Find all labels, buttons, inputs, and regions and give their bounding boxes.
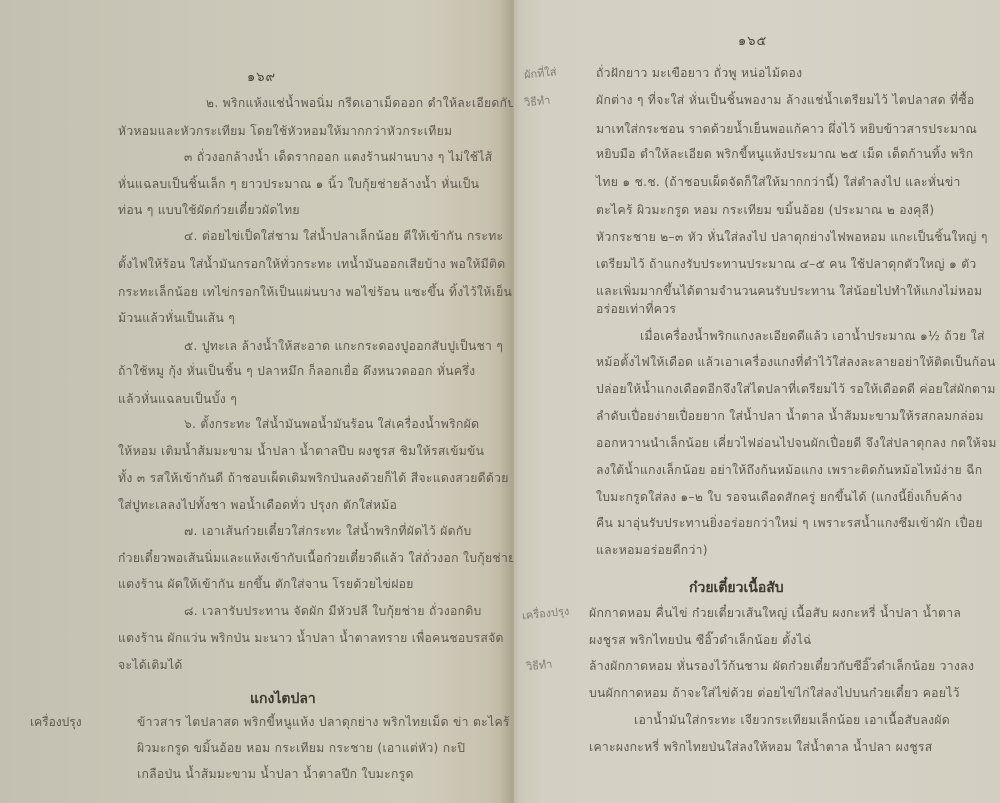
text-line: อร่อยเท่าที่ควร [596, 300, 676, 319]
text-line: และเพิ่มมากขึ้นได้ตามจำนวนคนรับประทาน ใส… [596, 282, 982, 301]
text-line: ๓ ถั่วงอกล้างน้ำ เด็ดรากออก แตงร้านฝานบา… [184, 148, 492, 167]
text-line: จะได้เติมได้ [118, 656, 183, 675]
text-line: บนผักกาดหอม ถ้าจะใส่ไข่ด้วย ต่อยไข่ไก่ใส… [589, 684, 960, 703]
text-line: ผักกาดหอม คื่นไข่ ก๋วยเตี๋ยวเส้นใหญ่ เนื… [589, 604, 961, 623]
text-line: คืน มาอุ่นรับประทานยิ่งอร่อยกว่าใหม่ ๆ เ… [596, 514, 983, 533]
text-line: แตงร้าน ผัดให้เข้ากัน ยกขึ้น ตักใส่จาน โ… [118, 575, 414, 594]
section-title: แกงไตปลา [250, 688, 316, 710]
text-line: ตั้งไฟให้ร้อน ใส่น้ำมันกรอกให้ทั่วกระทะ … [118, 255, 505, 274]
text-line: ๘. เวลารับประทาน จัดผัก มีหัวปลี ใบกุ้ยช… [184, 602, 482, 621]
book-spread: ๑๖๙ ๒. พริกแห้งแช่น้ำพอนิ่ม กรีดเอาเม็ดอ… [0, 0, 1000, 803]
text-line: ทั้ง ๓ รสให้เข้ากันดี ถ้าชอบเผ็ดเติมพริก… [118, 469, 509, 488]
text-line: ลงใต้น้ำแกงเล็กน้อย อย่าให้ถึงก้นหม้อแกง… [596, 461, 982, 480]
margin-label: ผักที่ใส่ [523, 62, 557, 83]
text-line: ท่อน ๆ แบบใช้ผัดก๋วยเตี๋ยวผัดไทย [118, 201, 300, 220]
margin-label: วิธีทำ [525, 655, 553, 676]
text-line: ๕. ปูทะเล ล้างน้ำให้สะอาด แกะกระดองปูออก… [184, 337, 503, 356]
text-line: ใบมะกรูดใส่ลง ๑–๒ ใบ รอจนเดือดสักครู่ ยก… [596, 488, 962, 507]
text-line: เอาน้ำมันใส่กระทะ เจียวกระเทียมเล็กน้อย … [634, 711, 950, 730]
text-line: ลำดับเปื่อยง่ายเปื่อยยาก ใส่น้ำปลา น้ำตา… [596, 407, 984, 426]
text-line: เตรียมไว้ ถ้าแกงรับประทานประมาณ ๔–๕ คน ใ… [596, 255, 977, 274]
text-line: เมื่อเครื่องน้ำพริกแกงละเอียดดีแล้ว เอาน… [640, 327, 985, 346]
right-page: ๑๖๕ ผักที่ใส่ วิธีทำ ถั่วฝักยาว มะเขือยา… [513, 0, 1000, 803]
text-line: ผงชูรส พริกไทยป่น ซีอิ๊วดำเล็กน้อย ตั้งไ… [589, 631, 812, 650]
text-line: ใส่ปูทะเลลงไปทั้งชา พอน้ำเดือดทั่ว ปรุงก… [118, 496, 397, 515]
text-line: ไทย ๑ ช.ช. (ถ้าชอบเผ็ดจัดก็ใส่ให้มากกว่า… [596, 173, 961, 192]
text-line: กระทะเล็กน้อย เทไข่กรอกให้เป็นแผ่นบาง พอ… [118, 283, 512, 302]
page-number: ๑๖๕ [738, 30, 767, 51]
text-line: แล้วหั่นแฉลบเป็นบั้ง ๆ [118, 390, 237, 409]
left-page: ๑๖๙ ๒. พริกแห้งแช่น้ำพอนิ่ม กรีดเอาเม็ดอ… [0, 0, 513, 803]
margin-label: เครื่องปรุง [521, 602, 570, 625]
text-line: ๔. ต่อยไข่เป็ดใส่ชาม ใส่น้ำปลาเล็กน้อย ต… [184, 227, 503, 246]
text-line: ก๋วยเตี๋ยวพอเส้นนิ่มและแห้งเข้ากับเนื้อก… [118, 549, 516, 568]
text-line: ผักต่าง ๆ ที่จะใส่ หั่นเป็นชิ้นพองาม ล้า… [596, 91, 975, 110]
text-line: หัวหอมและหัวกระเทียม โดยใช้หัวหอมให้มากก… [118, 122, 452, 141]
ingredients-label: เครื่องปรุง [30, 713, 82, 732]
text-line: มาเทใส่กระชอน ราดด้วยน้ำเย็นพอแก้คาว ผึ่… [596, 120, 977, 139]
text-line: หั่นแฉลบเป็นชิ้นเล็ก ๆ ยาวประมาณ ๑ นิ้ว … [118, 175, 479, 194]
ingredients-line: ข้าวสาร ไตปลาสด พริกขี้หนูแห้ง ปลาดุกย่า… [137, 713, 510, 732]
text-line: ถั่วฝักยาว มะเขือยาว ถั่วพู หน่อไม้ดอง [596, 64, 802, 83]
text-line: ถ้าใช้หมู กุ้ง หั่นเป็นชิ้น ๆ ปลาหมึก ก็… [118, 362, 475, 381]
text-line: ๖. ตั้งกระทะ ใส่น้ำมันพอน้ำมันร้อน ใส่เค… [184, 415, 479, 434]
section-title: ก๋วยเตี๋ยวเนื้อสับ [689, 577, 784, 599]
ingredients-line: ผิวมะกรูด ขมิ้นอ้อย หอม กระเทียม กระชาย … [137, 739, 465, 758]
text-line: หัวกระชาย ๒–๓ หัว หั่นใส่ลงไป ปลาดุกย่าง… [596, 228, 988, 247]
text-line: ๗. เอาเส้นก๋วยเตี๋ยวใส่กระทะ ใส่น้ำพริกท… [184, 522, 472, 541]
text-line: ม้วนแล้วหั่นเป็นเส้น ๆ [118, 309, 235, 328]
text-line: ล้างผักกาดหอม หั่นรองไว้ก้นชาม ผัดก๋วยเต… [589, 657, 974, 676]
text-line: และหอมอร่อยดีกว่า) [596, 541, 708, 560]
text-line: ออกหวานนำเล็กน้อย เคี่ยวไฟอ่อนไปจนผักเปื… [596, 434, 997, 453]
text-line: แตงร้าน ผักแว่น พริกป่น มะนาว น้ำปลา น้ำ… [118, 629, 504, 648]
text-line: หม้อตั้งไฟให้เดือด แล้วเอาเครื่องแกงที่ต… [596, 353, 996, 372]
margin-label: วิธีทำ [523, 91, 551, 112]
text-line: ปล่อยให้น้ำแกงเดือดอีกจึงใส่ไตปลาที่เตรี… [596, 380, 996, 399]
text-line: ๒. พริกแห้งแช่น้ำพอนิ่ม กรีดเอาเม็ดออก ต… [206, 94, 515, 113]
page-number: ๑๖๙ [247, 66, 276, 87]
text-line: ตะไคร้ ผิวมะกรูด หอม กระเทียม ขมิ้นอ้อย … [596, 201, 934, 220]
text-line: หยิบมือ ตำให้ละเอียด พริกขี้หนูแห้งประมา… [596, 145, 973, 164]
text-line: ให้หอม เติมน้ำส้มมะขาม น้ำปลา น้ำตาลปีบ … [118, 442, 484, 461]
text-line: เคาะผงกะหรี่ พริกไทยป่นใส่ลงให้หอม ใส่น้… [589, 738, 932, 757]
ingredients-line: เกลือป่น น้ำส้มมะขาม น้ำปลา น้ำตาลปีก ใบ… [137, 765, 414, 784]
